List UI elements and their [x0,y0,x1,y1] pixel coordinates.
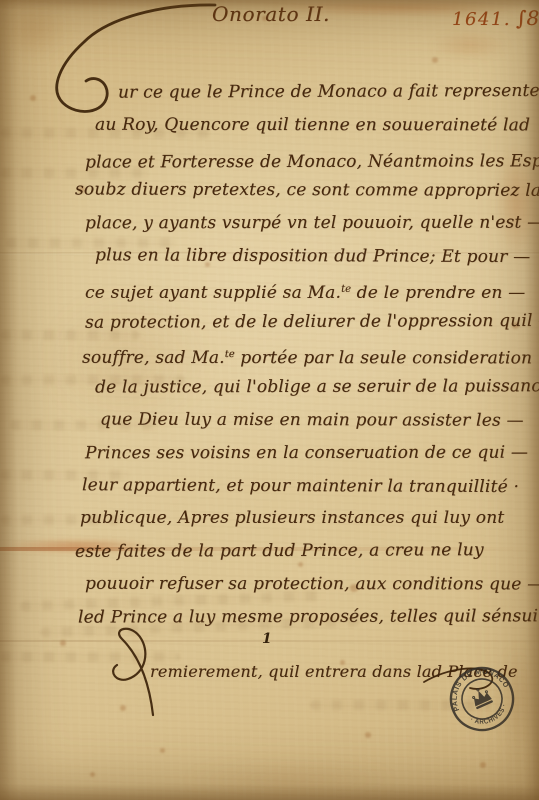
manuscript-line: place, y ayants vsurpé vn tel pouuoir, q… [0,207,539,241]
ink-spot [365,732,371,738]
manuscript-line: de la justice, qui l'oblige a se seruir … [0,370,539,404]
manuscript-line: soubz diuers pretextes, ce sont comme ap… [0,174,539,208]
manuscript-line: place et Forteresse de Monaco, Néantmoin… [0,141,539,175]
ink-spot [90,772,95,777]
manuscript-line: este faites de la part dud Prince, a cre… [0,534,539,569]
ink-spot [120,705,126,711]
section-number: 1 [262,631,272,647]
manuscript-line: plus en la libre disposition dud Prince;… [0,239,539,274]
manuscript-body: ur ce que le Prince de Monaco a fait rep… [0,76,539,634]
year-annotation: 1641.∫8 [452,6,539,30]
folio-mark: ∫8 [516,6,539,30]
manuscript-title: Onorato II. [212,2,330,26]
manuscript-line: pouuoir refuser sa protection, aux condi… [0,568,539,602]
manuscript-line: sa protection, et de le deliurer de l'op… [0,304,539,339]
manuscript-line: Princes ses voisins en la conseruation d… [0,436,539,470]
manuscript-line: ur ce que le Prince de Monaco a fait rep… [0,75,539,110]
manuscript-line: led Prince a luy mesme proposées, telles… [0,600,539,634]
age-stain [0,0,70,60]
manuscript-line: souffre, sad Ma.te portée par la seule c… [0,338,539,372]
ink-spot [160,748,165,753]
manuscript-page: Onorato II. 1641.∫8 ur ce que le Prince … [0,0,539,800]
crown-icon [469,685,493,709]
ink-spot [432,57,438,63]
age-stain [430,30,510,60]
manuscript-line: que Dieu luy a mise en main pour assiste… [0,403,539,437]
manuscript-line: leur appartient, et pour maintenir la tr… [0,468,539,503]
manuscript-line: au Roy, Quencore quil tienne en souuerai… [0,108,539,142]
manuscript-line: ce sujet ayant supplié sa Ma.te de le pr… [0,273,539,306]
ink-spot [480,762,486,768]
age-stain [180,760,400,800]
ink-spot [60,640,66,646]
manuscript-line: publicque, Apres plusieurs instances qui… [0,502,539,535]
year-value: 1641. [452,9,511,30]
bleed-through-smudge [0,652,180,662]
